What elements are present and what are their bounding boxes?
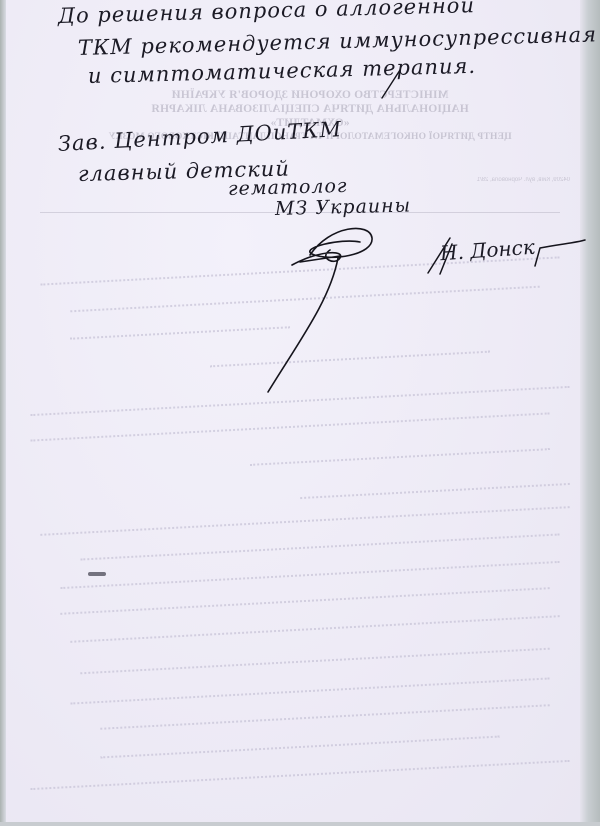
letterhead-ministry: МІНІСТЕРСТВО ОХОРОНИ ЗДОРОВ'Я УКРАЇНИ [80, 88, 540, 102]
signatory-ministry: МЗ Украины [275, 194, 412, 220]
scan-edge-bottom [0, 822, 600, 826]
ink-speck [88, 572, 106, 576]
letterhead-hospital: НАЦІОНАЛЬНА ДИТЯЧА СПЕЦІАЛІЗОВАНА ЛІКАРН… [80, 102, 540, 116]
scan-edge-right [580, 0, 600, 826]
